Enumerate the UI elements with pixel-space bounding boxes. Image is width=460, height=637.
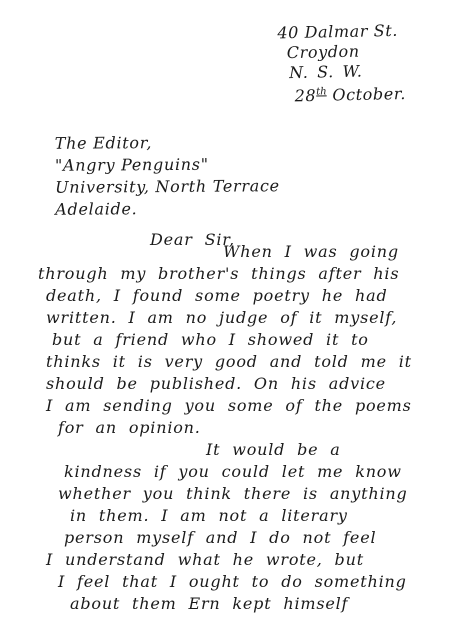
body-line: should be published. On his advice (38, 373, 444, 395)
body-line: person myself and I do not feel (38, 527, 444, 549)
body-line: It would be a (38, 439, 444, 461)
date-day: 28 (294, 86, 316, 105)
body-line: I feel that I ought to do something (38, 571, 444, 593)
body-line: written. I am no judge of it myself, (38, 307, 444, 329)
body-line: for an opinion. (38, 417, 444, 439)
recipient-line-city: Adelaide. (55, 197, 280, 221)
body-line: When I was going (38, 241, 444, 263)
date-ordinal-suffix: th (316, 86, 327, 97)
letter-page: 40 Dalmar St. Croydon N. S. W. 28th Octo… (0, 0, 460, 637)
recipient-address: The Editor, "Angry Penguins" University,… (55, 131, 280, 221)
letter-date: 28th October. (278, 81, 406, 107)
recipient-line-publication: "Angry Penguins" (55, 153, 280, 177)
sender-address: 40 Dalmar St. Croydon N. S. W. 28th Octo… (277, 21, 406, 107)
body-line: whether you think there is anything (38, 483, 444, 505)
body-line: I am sending you some of the poems (38, 395, 444, 417)
body-line: but a friend who I showed it to (38, 329, 444, 351)
recipient-line-street: University, North Terrace (55, 175, 280, 199)
body-line: kindness if you could let me know (38, 461, 444, 483)
letter-body: Dear Sir, When I was going through my br… (38, 229, 444, 615)
recipient-line-editor: The Editor, (55, 131, 280, 155)
body-line: about them Ern kept himself (38, 593, 444, 615)
sender-state: N. S. W. (278, 61, 406, 84)
sender-suburb: Croydon (278, 41, 406, 64)
date-month: October. (332, 84, 406, 105)
body-line: in them. I am not a literary (38, 505, 444, 527)
body-line: I understand what he wrote, but (38, 549, 444, 571)
sender-street: 40 Dalmar St. (277, 21, 405, 44)
body-line: through my brother's things after his (38, 263, 444, 285)
body-line: thinks it is very good and told me it (38, 351, 444, 373)
body-line: death, I found some poetry he had (38, 285, 444, 307)
